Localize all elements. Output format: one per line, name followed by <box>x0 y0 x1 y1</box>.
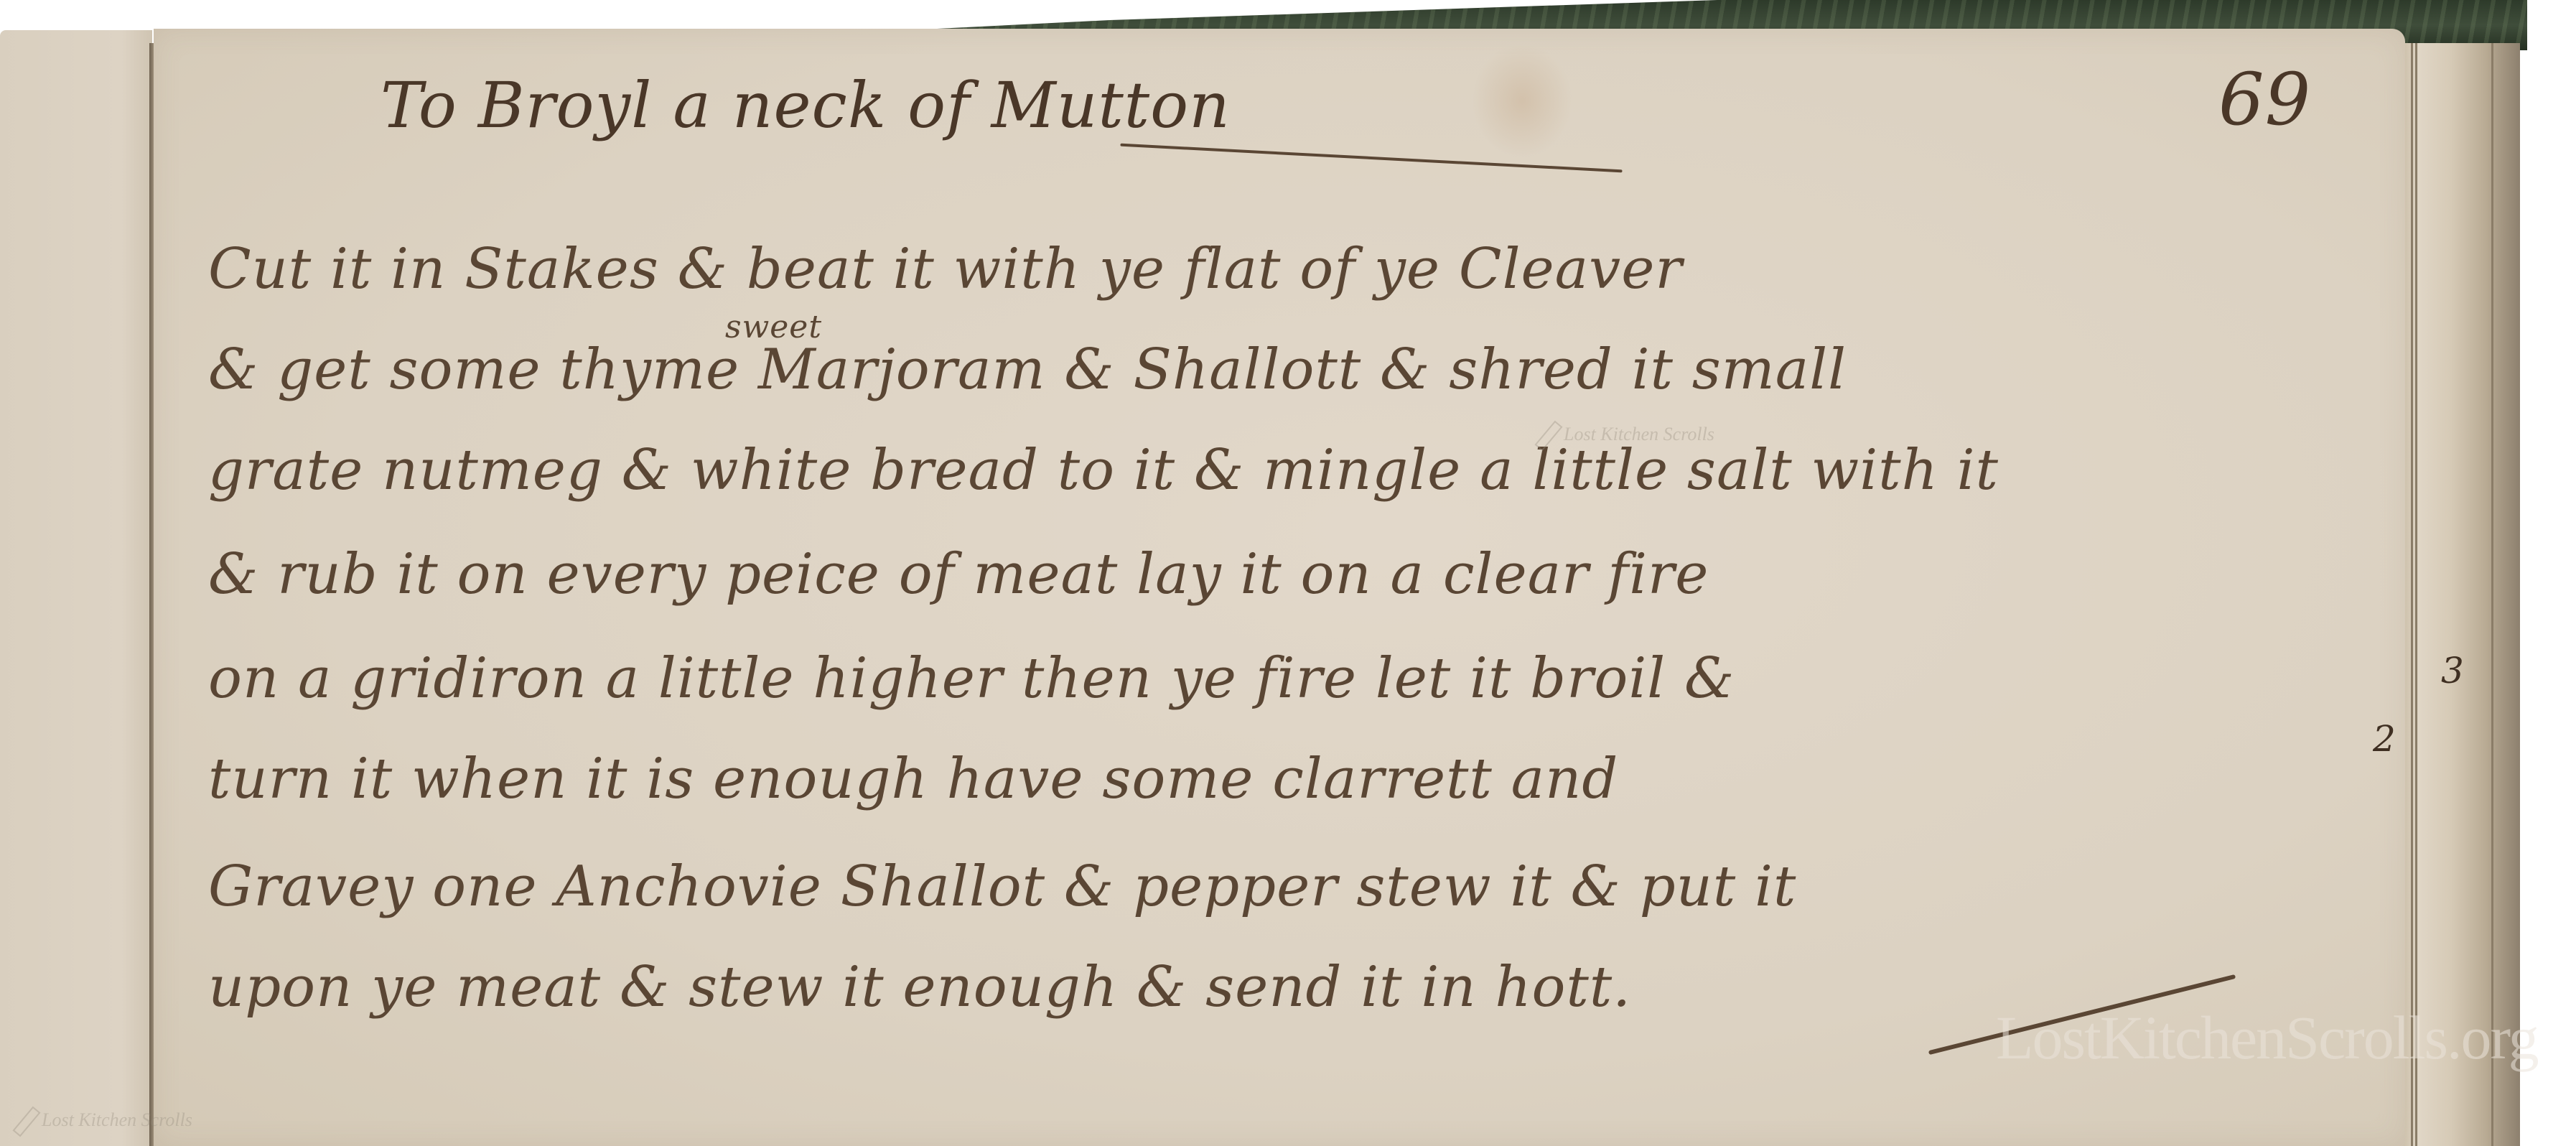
page-number: 69 <box>2218 57 2311 141</box>
watermark-label: Lost Kitchen Scrolls <box>1564 424 1714 444</box>
watermark-label: Lost Kitchen Scrolls <box>42 1109 192 1130</box>
watermark-small: Lost Kitchen Scrolls <box>22 1106 192 1137</box>
water-stain <box>1472 43 1572 158</box>
recipe-line-6: turn it when it is enough have some clar… <box>208 747 1618 811</box>
page-edge-line <box>2491 43 2493 1146</box>
recipe-line-7: Gravey one Anchovie Shallot & pepper ste… <box>208 854 1796 919</box>
page-edge-line <box>2411 43 2413 1146</box>
watermark-large: LostKitchenScrolls.org <box>1996 1002 2538 1073</box>
watermark-small: Lost Kitchen Scrolls <box>1544 420 1714 452</box>
margin-mark: 3 <box>2441 650 2465 691</box>
recipe-line-1: Cut it in Stakes & beat it with ye flat … <box>208 237 1683 302</box>
margin-mark: 2 <box>2373 718 2397 760</box>
recipe-line-2: & get some thyme Marjoram & Shallott & s… <box>208 337 1847 402</box>
page-edges <box>2405 43 2520 1146</box>
recipe-title: To Broyl a neck of Mutton <box>381 68 1231 142</box>
recipe-line-3: grate nutmeg & white bread to it & mingl… <box>208 438 1999 503</box>
recipe-line-4: & rub it on every peice of meat lay it o… <box>208 542 1709 607</box>
page-edge-line <box>2415 43 2417 1146</box>
recipe-line-5: on a gridiron a little higher then ye fi… <box>208 646 1735 711</box>
recipe-line-8: upon ye meat & stew it enough & send it … <box>208 955 1631 1020</box>
left-page <box>0 30 152 1146</box>
